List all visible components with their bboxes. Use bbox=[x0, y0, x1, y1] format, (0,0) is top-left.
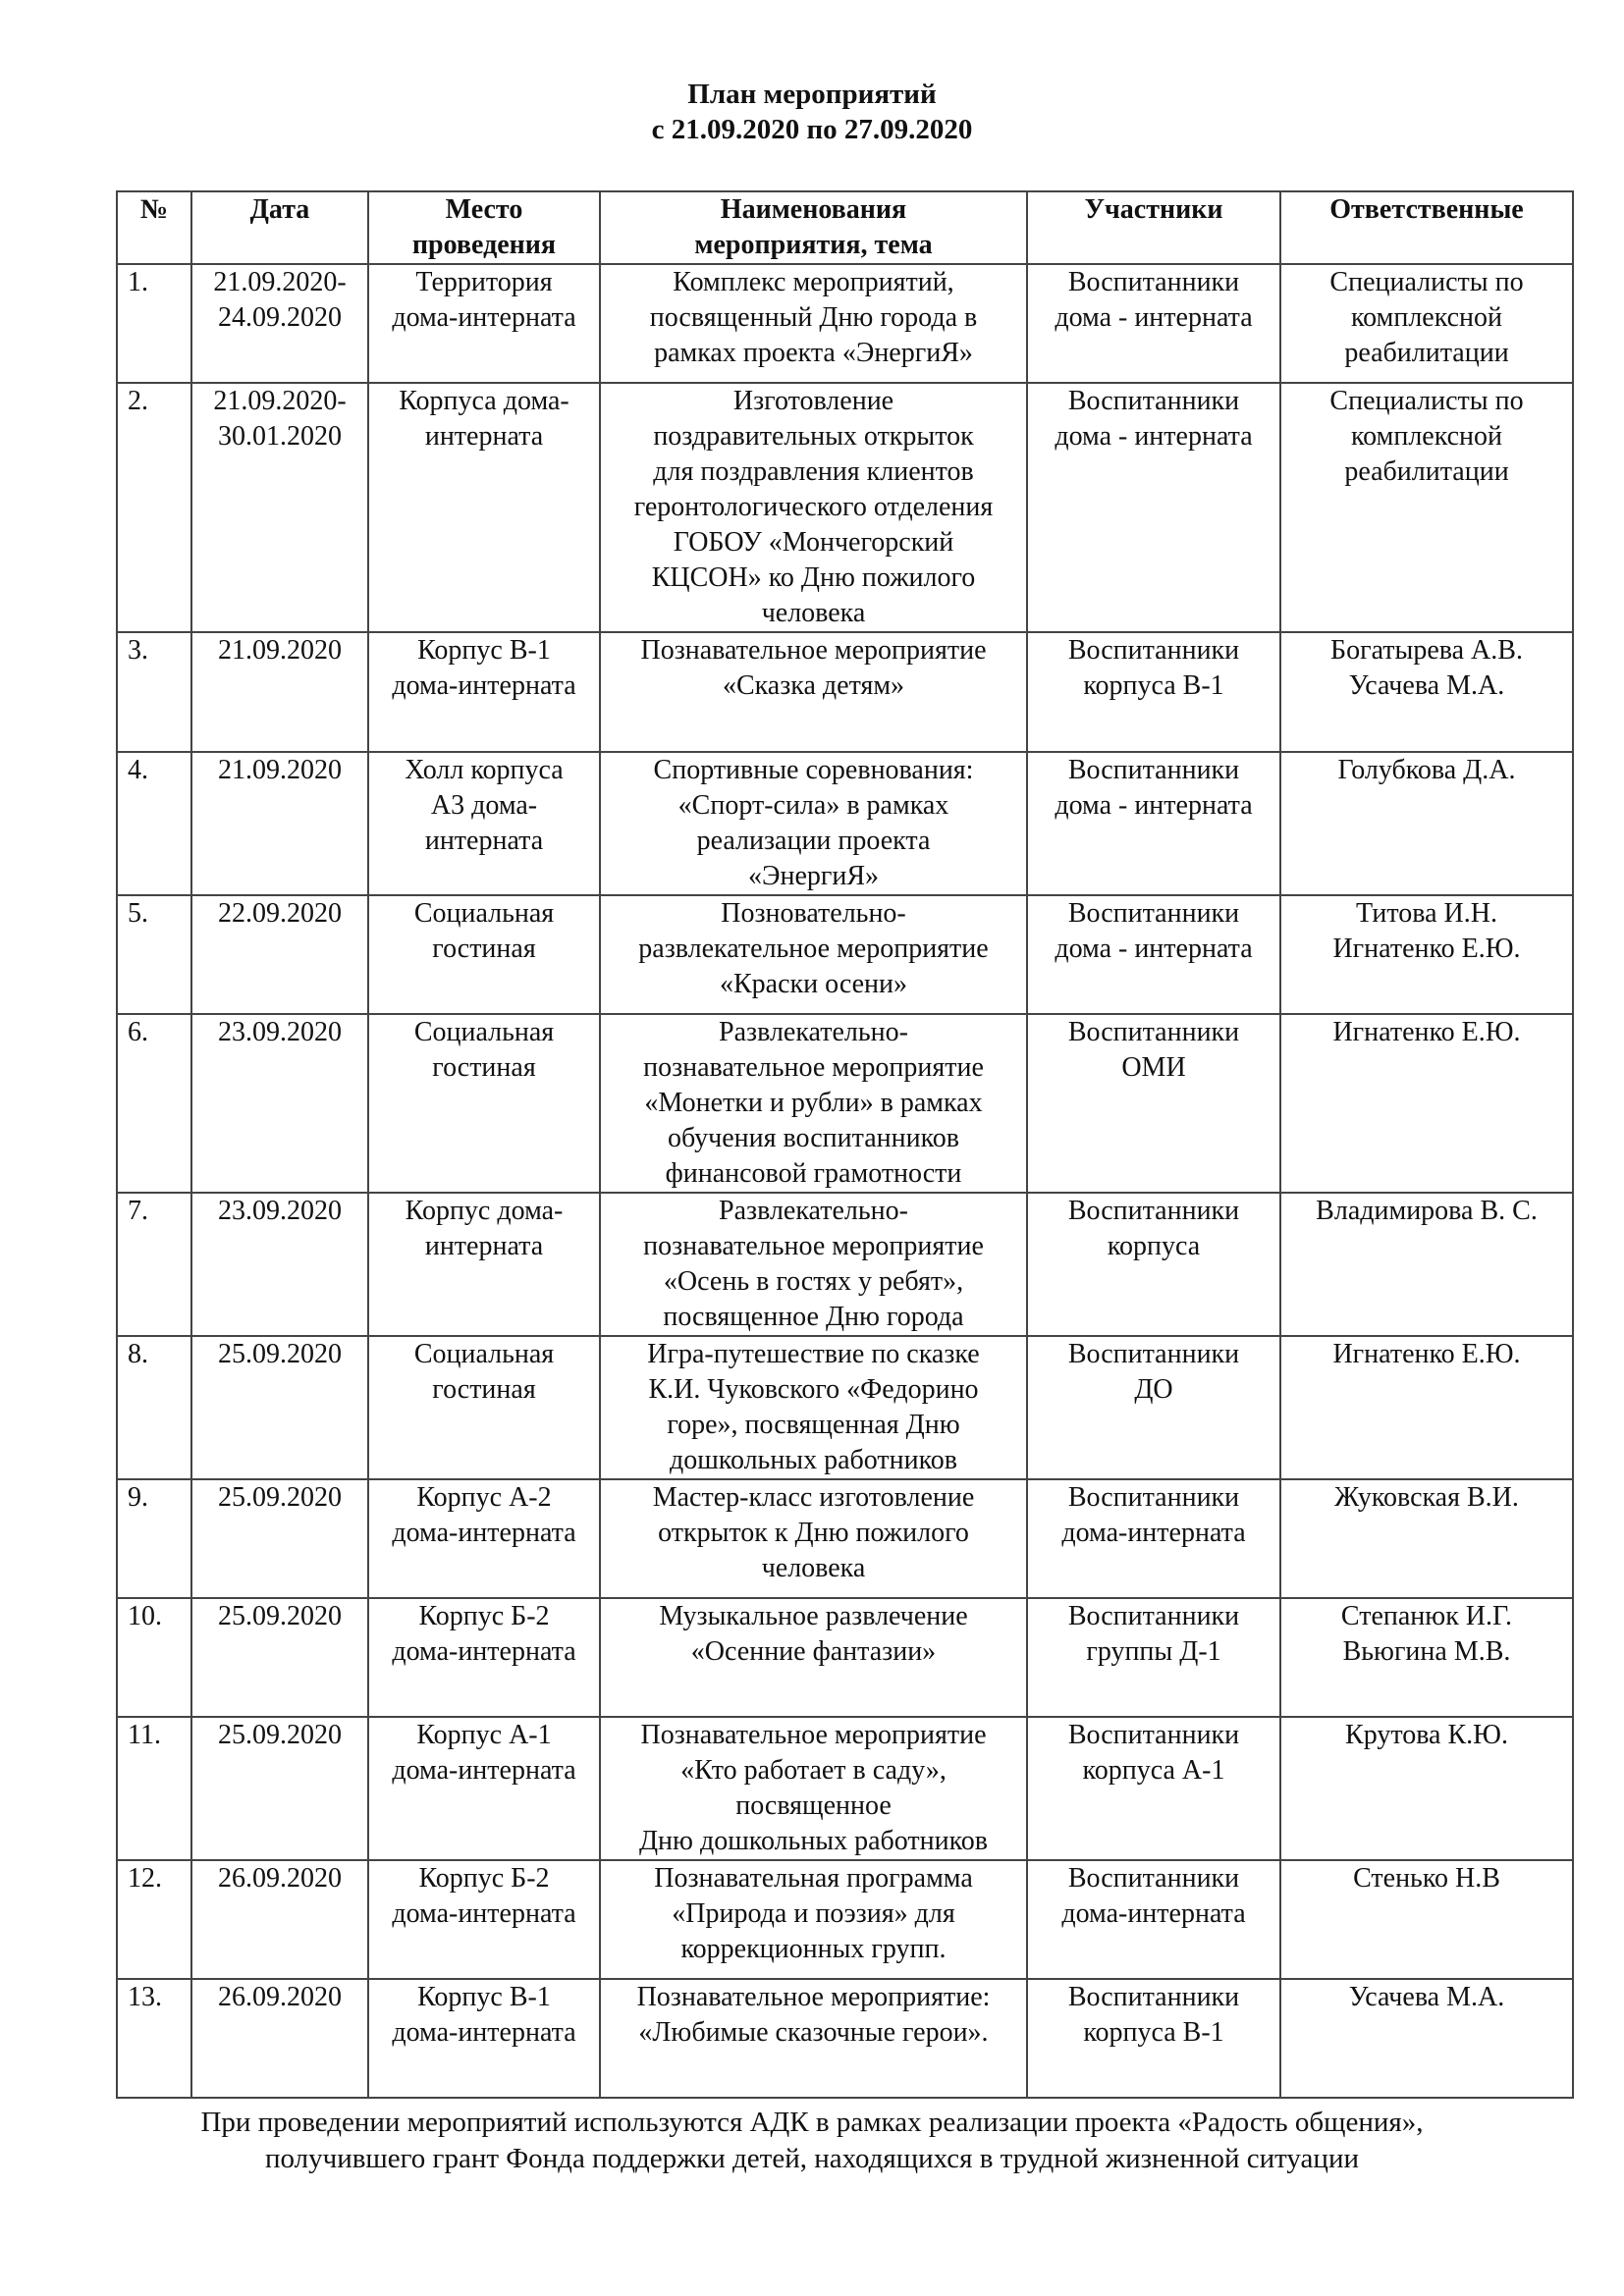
cell-text-line: дома - интерната bbox=[1030, 932, 1277, 967]
cell-text-line: Воспитанники bbox=[1030, 1337, 1277, 1372]
cell-text-line: Голубкова Д.А. bbox=[1283, 753, 1570, 788]
cell-responsible: Игнатенко Е.Ю. bbox=[1280, 1336, 1573, 1479]
cell-text-line: Изготовление bbox=[603, 384, 1024, 419]
cell-participants: Воспитанникидома - интерната bbox=[1027, 752, 1280, 895]
cell-text-line: 24.09.2020 bbox=[194, 300, 365, 336]
cell-text-line: А3 дома- bbox=[371, 788, 597, 824]
header-label-line: Место bbox=[371, 192, 597, 228]
cell-date: 26.09.2020 bbox=[191, 1860, 368, 1979]
cell-text-line: Воспитанники bbox=[1030, 633, 1277, 668]
cell-text-line: Социальная bbox=[371, 896, 597, 932]
cell-date: 26.09.2020 bbox=[191, 1979, 368, 2098]
cell-text-line: финансовой грамотности bbox=[603, 1156, 1024, 1192]
cell-place: Территориядома-интерната bbox=[368, 264, 600, 383]
cell-text-line: дома-интерната bbox=[371, 1753, 597, 1789]
events-plan-table: №ДатаМестопроведенияНаименованиямероприя… bbox=[116, 190, 1574, 2099]
cell-text-line: дошкольных работников bbox=[603, 1443, 1024, 1478]
cell-text-line: 21.09.2020 bbox=[194, 633, 365, 668]
cell-date: 25.09.2020 bbox=[191, 1336, 368, 1479]
cell-text-line: интерната bbox=[371, 824, 597, 859]
cell-text-line: Игнатенко Е.Ю. bbox=[1283, 1015, 1570, 1050]
cell-text-line: дома-интерната bbox=[371, 2015, 597, 2051]
cell-text-line: 25.09.2020 bbox=[194, 1718, 365, 1753]
cell-responsible: Усачева М.А. bbox=[1280, 1979, 1573, 2098]
cell-text-line: интерната bbox=[371, 1229, 597, 1264]
cell-text-line: комплексной bbox=[1283, 300, 1570, 336]
cell-text-line: Познавательное мероприятие bbox=[603, 633, 1024, 668]
table-row: 5.22.09.2020СоциальнаягостинаяПозновател… bbox=[117, 895, 1573, 1014]
cell-text-line: Воспитанники bbox=[1030, 265, 1277, 300]
table-row: 7.23.09.2020Корпус дома-интернатаРазвлек… bbox=[117, 1193, 1573, 1336]
cell-participants: Воспитанникикорпуса В-1 bbox=[1027, 632, 1280, 752]
header-date: Дата bbox=[191, 191, 368, 264]
cell-text-line: «Монетки и рубли» в рамках bbox=[603, 1086, 1024, 1121]
cell-text-line: Корпус А-1 bbox=[371, 1718, 597, 1753]
cell-text-line: Позновательно- bbox=[603, 896, 1024, 932]
cell-text-line: ДО bbox=[1030, 1372, 1277, 1408]
cell-text-line: 23.09.2020 bbox=[194, 1194, 365, 1229]
cell-text-line: Корпус дома- bbox=[371, 1194, 597, 1229]
cell-text-line: дома-интерната bbox=[1030, 1516, 1277, 1551]
cell-text-line: Познавательная программа bbox=[603, 1861, 1024, 1896]
cell-text-line: дома-интерната bbox=[1030, 1896, 1277, 1932]
cell-text-line: корпуса В-1 bbox=[1030, 668, 1277, 704]
cell-text-line: «Осень в гостях у ребят», bbox=[603, 1264, 1024, 1300]
cell-text-line: Специалисты по bbox=[1283, 265, 1570, 300]
cell-text-line: Крутова К.Ю. bbox=[1283, 1718, 1570, 1753]
cell-text-line: Вьюгина М.В. bbox=[1283, 1634, 1570, 1670]
cell-place: Корпус А-1дома-интерната bbox=[368, 1717, 600, 1860]
cell-text-line: КЦСОН» ко Дню пожилого bbox=[603, 561, 1024, 596]
cell-text-line: Корпус Б-2 bbox=[371, 1861, 597, 1896]
cell-responsible: Специалисты покомплекснойреабилитации bbox=[1280, 383, 1573, 632]
header-label-line: Ответственные bbox=[1283, 192, 1570, 228]
cell-text-line: дома-интерната bbox=[371, 1516, 597, 1551]
cell-text-line: 25.09.2020 bbox=[194, 1337, 365, 1372]
cell-event-name: Развлекательно-познавательное мероприяти… bbox=[600, 1014, 1027, 1193]
cell-text-line: комплексной bbox=[1283, 419, 1570, 454]
cell-text-line: 25.09.2020 bbox=[194, 1599, 365, 1634]
cell-participants: Воспитанникидома-интерната bbox=[1027, 1860, 1280, 1979]
header-label-line: № bbox=[120, 192, 189, 228]
cell-text-line: Жуковская В.И. bbox=[1283, 1480, 1570, 1516]
cell-text-line: «Природа и поэзия» для bbox=[603, 1896, 1024, 1932]
table-row: 11.25.09.2020Корпус А-1дома-интернатаПоз… bbox=[117, 1717, 1573, 1860]
cell-place: Социальнаягостиная bbox=[368, 1336, 600, 1479]
cell-text-line: корпуса bbox=[1030, 1229, 1277, 1264]
document-title: План мероприятий bbox=[0, 77, 1624, 112]
cell-date: 25.09.2020 bbox=[191, 1598, 368, 1717]
cell-text-line: Игра-путешествие по сказке bbox=[603, 1337, 1024, 1372]
cell-date: 21.09.2020-30.01.2020 bbox=[191, 383, 368, 632]
cell-participants: Воспитанникидома-интерната bbox=[1027, 1479, 1280, 1598]
table-row: 9.25.09.2020Корпус А-2дома-интернатаМаст… bbox=[117, 1479, 1573, 1598]
table-row: 2.21.09.2020-30.01.2020Корпуса дома-инте… bbox=[117, 383, 1573, 632]
cell-text-line: Дню дошкольных работников bbox=[603, 1824, 1024, 1859]
cell-text-line: 21.09.2020- bbox=[194, 265, 365, 300]
header-event-name: Наименованиямероприятия, тема bbox=[600, 191, 1027, 264]
cell-number: 10. bbox=[117, 1598, 191, 1717]
cell-number: 4. bbox=[117, 752, 191, 895]
cell-text-line: Степанюк И.Г. bbox=[1283, 1599, 1570, 1634]
cell-number: 2. bbox=[117, 383, 191, 632]
cell-event-name: Познавательное мероприятие«Сказка детям» bbox=[600, 632, 1027, 752]
cell-text-line: Социальная bbox=[371, 1015, 597, 1050]
cell-text-line: дома-интерната bbox=[371, 1896, 597, 1932]
cell-text-line: 23.09.2020 bbox=[194, 1015, 365, 1050]
cell-place: Корпус А-2дома-интерната bbox=[368, 1479, 600, 1598]
cell-event-name: Позновательно-развлекательное мероприяти… bbox=[600, 895, 1027, 1014]
cell-text-line: Воспитанники bbox=[1030, 384, 1277, 419]
cell-text-line: ОМИ bbox=[1030, 1050, 1277, 1086]
cell-text-line: Музыкальное развлечение bbox=[603, 1599, 1024, 1634]
cell-text-line: Воспитанники bbox=[1030, 896, 1277, 932]
cell-text-line: посвященное Дню города bbox=[603, 1300, 1024, 1335]
cell-text-line: Воспитанники bbox=[1030, 1015, 1277, 1050]
table-header-row: №ДатаМестопроведенияНаименованиямероприя… bbox=[117, 191, 1573, 264]
cell-text-line: рамках проекта «ЭнергиЯ» bbox=[603, 336, 1024, 371]
cell-text-line: «Сказка детям» bbox=[603, 668, 1024, 704]
footer-note-line1: При проведении мероприятий используются … bbox=[0, 2105, 1624, 2141]
cell-place: Корпус дома-интерната bbox=[368, 1193, 600, 1336]
cell-participants: Воспитанникигруппы Д-1 bbox=[1027, 1598, 1280, 1717]
header-place: Местопроведения bbox=[368, 191, 600, 264]
cell-text-line: горе», посвященная Дню bbox=[603, 1408, 1024, 1443]
cell-text-line: Развлекательно- bbox=[603, 1194, 1024, 1229]
cell-event-name: Познавательная программа«Природа и поэзи… bbox=[600, 1860, 1027, 1979]
cell-text-line: Игнатенко Е.Ю. bbox=[1283, 1337, 1570, 1372]
cell-participants: Воспитанникидома - интерната bbox=[1027, 264, 1280, 383]
cell-text-line: группы Д-1 bbox=[1030, 1634, 1277, 1670]
cell-text-line: 25.09.2020 bbox=[194, 1480, 365, 1516]
cell-place: Холл корпусаА3 дома-интерната bbox=[368, 752, 600, 895]
cell-text-line: ГОБОУ «Мончегорский bbox=[603, 525, 1024, 561]
cell-text-line: Воспитанники bbox=[1030, 1194, 1277, 1229]
cell-text-line: интерната bbox=[371, 419, 597, 454]
cell-text-line: Богатырева А.В. bbox=[1283, 633, 1570, 668]
cell-text-line: дома-интерната bbox=[371, 668, 597, 704]
cell-participants: Воспитанникидома - интерната bbox=[1027, 383, 1280, 632]
cell-responsible: Степанюк И.Г.Вьюгина М.В. bbox=[1280, 1598, 1573, 1717]
cell-date: 21.09.2020 bbox=[191, 752, 368, 895]
cell-text-line: Воспитанники bbox=[1030, 1599, 1277, 1634]
header-label-line: Участники bbox=[1030, 192, 1277, 228]
cell-text-line: Усачева М.А. bbox=[1283, 668, 1570, 704]
cell-text-line: Корпус В-1 bbox=[371, 633, 597, 668]
cell-text-line: корпуса В-1 bbox=[1030, 2015, 1277, 2051]
cell-number: 3. bbox=[117, 632, 191, 752]
cell-text-line: дома - интерната bbox=[1030, 419, 1277, 454]
cell-text-line: Владимирова В. С. bbox=[1283, 1194, 1570, 1229]
table-row: 12.26.09.2020Корпус Б-2дома-интернатаПоз… bbox=[117, 1860, 1573, 1979]
header-label-line: мероприятия, тема bbox=[603, 228, 1024, 263]
cell-text-line: Воспитанники bbox=[1030, 1861, 1277, 1896]
cell-number: 6. bbox=[117, 1014, 191, 1193]
cell-text-line: 26.09.2020 bbox=[194, 1861, 365, 1896]
cell-responsible: Владимирова В. С. bbox=[1280, 1193, 1573, 1336]
header-number: № bbox=[117, 191, 191, 264]
cell-place: Социальнаягостиная bbox=[368, 895, 600, 1014]
cell-participants: Воспитанникикорпуса bbox=[1027, 1193, 1280, 1336]
cell-place: Социальнаягостиная bbox=[368, 1014, 600, 1193]
cell-place: Корпус В-1дома-интерната bbox=[368, 632, 600, 752]
cell-text-line: для поздравления клиентов bbox=[603, 454, 1024, 490]
cell-text-line: корпуса А-1 bbox=[1030, 1753, 1277, 1789]
cell-text-line: Социальная bbox=[371, 1337, 597, 1372]
cell-text-line: обучения воспитанников bbox=[603, 1121, 1024, 1156]
cell-number: 1. bbox=[117, 264, 191, 383]
cell-text-line: Усачева М.А. bbox=[1283, 1980, 1570, 2015]
cell-text-line: Стенько Н.В bbox=[1283, 1861, 1570, 1896]
table-row: 8.25.09.2020СоциальнаягостинаяИгра-путеш… bbox=[117, 1336, 1573, 1479]
header-label-line: проведения bbox=[371, 228, 597, 263]
cell-event-name: Познавательное мероприятие:«Любимые сказ… bbox=[600, 1979, 1027, 2098]
cell-text-line: Корпуса дома- bbox=[371, 384, 597, 419]
cell-number: 5. bbox=[117, 895, 191, 1014]
table-row: 1.21.09.2020-24.09.2020Территориядома-ин… bbox=[117, 264, 1573, 383]
cell-event-name: Познавательное мероприятие«Кто работает … bbox=[600, 1717, 1027, 1860]
cell-text-line: 22.09.2020 bbox=[194, 896, 365, 932]
cell-date: 22.09.2020 bbox=[191, 895, 368, 1014]
cell-text-line: дома-интерната bbox=[371, 1634, 597, 1670]
cell-participants: ВоспитанникиОМИ bbox=[1027, 1014, 1280, 1193]
cell-responsible: Специалисты покомплекснойреабилитации bbox=[1280, 264, 1573, 383]
cell-text-line: гостиная bbox=[371, 1372, 597, 1408]
cell-number: 13. bbox=[117, 1979, 191, 2098]
cell-text-line: гостиная bbox=[371, 1050, 597, 1086]
document-date-range: с 21.09.2020 по 27.09.2020 bbox=[0, 112, 1624, 147]
cell-text-line: Специалисты по bbox=[1283, 384, 1570, 419]
cell-participants: Воспитанникикорпуса А-1 bbox=[1027, 1717, 1280, 1860]
cell-text-line: коррекционных групп. bbox=[603, 1932, 1024, 1967]
cell-event-name: Комплекс мероприятий,посвященный Дню гор… bbox=[600, 264, 1027, 383]
cell-text-line: реабилитации bbox=[1283, 336, 1570, 371]
cell-participants: ВоспитанникиДО bbox=[1027, 1336, 1280, 1479]
cell-participants: Воспитанникикорпуса В-1 bbox=[1027, 1979, 1280, 2098]
cell-text-line: открыток к Дню пожилого bbox=[603, 1516, 1024, 1551]
cell-text-line: дома-интерната bbox=[371, 300, 597, 336]
table-row: 4.21.09.2020Холл корпусаА3 дома-интернат… bbox=[117, 752, 1573, 895]
cell-text-line: «Спорт-сила» в рамках bbox=[603, 788, 1024, 824]
cell-text-line: дома - интерната bbox=[1030, 788, 1277, 824]
cell-text-line: дома - интерната bbox=[1030, 300, 1277, 336]
cell-text-line: Познавательное мероприятие bbox=[603, 1718, 1024, 1753]
cell-text-line: Развлекательно- bbox=[603, 1015, 1024, 1050]
cell-event-name: Спортивные соревнования:«Спорт-сила» в р… bbox=[600, 752, 1027, 895]
cell-responsible: Голубкова Д.А. bbox=[1280, 752, 1573, 895]
cell-place: Корпуса дома-интерната bbox=[368, 383, 600, 632]
cell-participants: Воспитанникидома - интерната bbox=[1027, 895, 1280, 1014]
cell-date: 21.09.2020-24.09.2020 bbox=[191, 264, 368, 383]
cell-text-line: Воспитанники bbox=[1030, 753, 1277, 788]
cell-text-line: «Кто работает в саду», bbox=[603, 1753, 1024, 1789]
cell-text-line: познавательное мероприятие bbox=[603, 1050, 1024, 1086]
cell-text-line: посвященный Дню города в bbox=[603, 300, 1024, 336]
footer-note-line2: получившего грант Фонда поддержки детей,… bbox=[0, 2141, 1624, 2177]
cell-text-line: «Краски осени» bbox=[603, 967, 1024, 1002]
cell-text-line: развлекательное мероприятие bbox=[603, 932, 1024, 967]
cell-text-line: Корпус Б-2 bbox=[371, 1599, 597, 1634]
cell-text-line: геронтологического отделения bbox=[603, 490, 1024, 525]
table-body: 1.21.09.2020-24.09.2020Территориядома-ин… bbox=[117, 264, 1573, 2098]
cell-text-line: 26.09.2020 bbox=[194, 1980, 365, 2015]
cell-text-line: человека bbox=[603, 596, 1024, 631]
cell-text-line: реабилитации bbox=[1283, 454, 1570, 490]
cell-text-line: Титова И.Н. bbox=[1283, 896, 1570, 932]
cell-text-line: человека bbox=[603, 1551, 1024, 1586]
cell-text-line: 21.09.2020- bbox=[194, 384, 365, 419]
cell-text-line: гостиная bbox=[371, 932, 597, 967]
cell-responsible: Богатырева А.В.Усачева М.А. bbox=[1280, 632, 1573, 752]
cell-date: 21.09.2020 bbox=[191, 632, 368, 752]
cell-responsible: Жуковская В.И. bbox=[1280, 1479, 1573, 1598]
cell-responsible: Игнатенко Е.Ю. bbox=[1280, 1014, 1573, 1193]
table-row: 10.25.09.2020Корпус Б-2дома-интернатаМуз… bbox=[117, 1598, 1573, 1717]
cell-place: Корпус Б-2дома-интерната bbox=[368, 1598, 600, 1717]
cell-event-name: Мастер-класс изготовлениеоткрыток к Дню … bbox=[600, 1479, 1027, 1598]
cell-event-name: Музыкальное развлечение«Осенние фантазии… bbox=[600, 1598, 1027, 1717]
cell-number: 11. bbox=[117, 1717, 191, 1860]
cell-date: 25.09.2020 bbox=[191, 1479, 368, 1598]
cell-number: 9. bbox=[117, 1479, 191, 1598]
cell-text-line: Территория bbox=[371, 265, 597, 300]
cell-text-line: Игнатенко Е.Ю. bbox=[1283, 932, 1570, 967]
cell-text-line: Комплекс мероприятий, bbox=[603, 265, 1024, 300]
cell-place: Корпус Б-2дома-интерната bbox=[368, 1860, 600, 1979]
cell-responsible: Титова И.Н.Игнатенко Е.Ю. bbox=[1280, 895, 1573, 1014]
cell-event-name: Изготовлениепоздравительных открытокдля … bbox=[600, 383, 1027, 632]
cell-number: 8. bbox=[117, 1336, 191, 1479]
cell-date: 23.09.2020 bbox=[191, 1193, 368, 1336]
cell-text-line: Корпус А-2 bbox=[371, 1480, 597, 1516]
header-label-line: Наименования bbox=[603, 192, 1024, 228]
cell-text-line: Мастер-класс изготовление bbox=[603, 1480, 1024, 1516]
cell-text-line: «ЭнергиЯ» bbox=[603, 859, 1024, 894]
cell-text-line: 30.01.2020 bbox=[194, 419, 365, 454]
cell-number: 12. bbox=[117, 1860, 191, 1979]
cell-text-line: Познавательное мероприятие: bbox=[603, 1980, 1024, 2015]
cell-text-line: «Любимые сказочные герои». bbox=[603, 2015, 1024, 2051]
cell-event-name: Развлекательно-познавательное мероприяти… bbox=[600, 1193, 1027, 1336]
cell-event-name: Игра-путешествие по сказкеК.И. Чуковског… bbox=[600, 1336, 1027, 1479]
cell-number: 7. bbox=[117, 1193, 191, 1336]
cell-text-line: Корпус В-1 bbox=[371, 1980, 597, 2015]
cell-place: Корпус В-1дома-интерната bbox=[368, 1979, 600, 2098]
cell-text-line: поздравительных открыток bbox=[603, 419, 1024, 454]
cell-text-line: Спортивные соревнования: bbox=[603, 753, 1024, 788]
cell-text-line: познавательное мероприятие bbox=[603, 1229, 1024, 1264]
cell-text-line: Воспитанники bbox=[1030, 1980, 1277, 2015]
table-row: 13.26.09.2020Корпус В-1дома-интернатаПоз… bbox=[117, 1979, 1573, 2098]
cell-date: 25.09.2020 bbox=[191, 1717, 368, 1860]
table-row: 6.23.09.2020СоциальнаягостинаяРазвлекате… bbox=[117, 1014, 1573, 1193]
cell-text-line: Воспитанники bbox=[1030, 1718, 1277, 1753]
header-responsible: Ответственные bbox=[1280, 191, 1573, 264]
cell-responsible: Крутова К.Ю. bbox=[1280, 1717, 1573, 1860]
header-label-line: Дата bbox=[194, 192, 365, 228]
cell-text-line: 21.09.2020 bbox=[194, 753, 365, 788]
cell-text-line: Воспитанники bbox=[1030, 1480, 1277, 1516]
cell-text-line: К.И. Чуковского «Федорино bbox=[603, 1372, 1024, 1408]
header-participants: Участники bbox=[1027, 191, 1280, 264]
cell-date: 23.09.2020 bbox=[191, 1014, 368, 1193]
table-row: 3.21.09.2020Корпус В-1дома-интернатаПозн… bbox=[117, 632, 1573, 752]
cell-responsible: Стенько Н.В bbox=[1280, 1860, 1573, 1979]
cell-text-line: посвященное bbox=[603, 1789, 1024, 1824]
cell-text-line: «Осенние фантазии» bbox=[603, 1634, 1024, 1670]
cell-text-line: реализации проекта bbox=[603, 824, 1024, 859]
cell-text-line: Холл корпуса bbox=[371, 753, 597, 788]
